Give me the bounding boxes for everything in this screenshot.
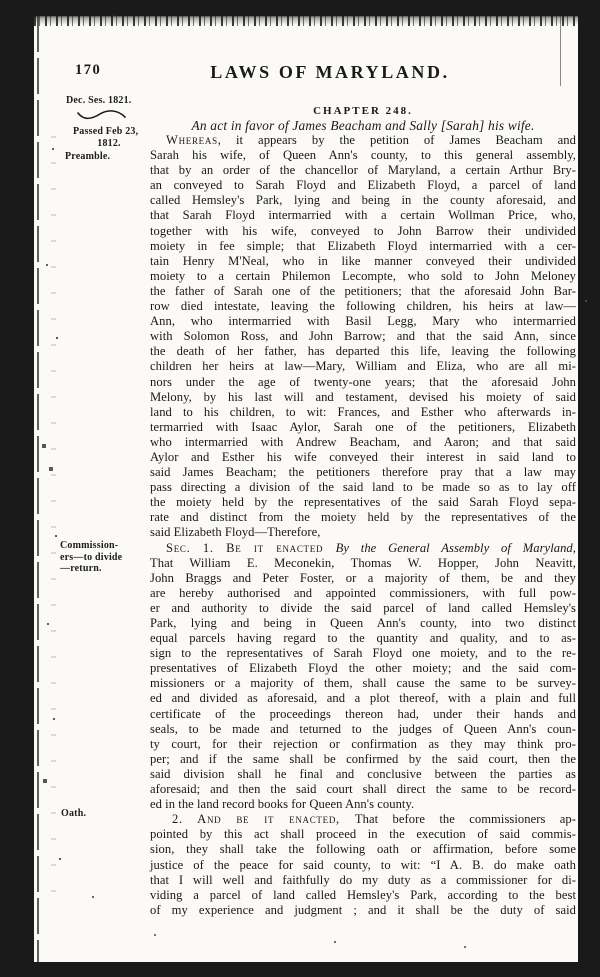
text-line: missioners or a majority of them, shall … — [150, 676, 576, 691]
scan-noise-border — [0, 0, 2, 2]
text-line: sign to the representatives of Sarah Flo… — [150, 646, 576, 661]
margin-note-line: Commission- — [60, 540, 156, 552]
margin-note-passed-year: 1812. — [73, 138, 145, 150]
binding-gutter-line — [37, 16, 39, 962]
text-line: Melony, by his last will and testament, … — [150, 390, 576, 405]
text-line: seals, to be made and teturned to the ju… — [150, 722, 576, 737]
body-text: Whereas, it appears by the petition of J… — [150, 133, 576, 918]
text-line: the death of her father, has departed th… — [150, 344, 576, 359]
text-line: children her heirs at law—Mary, William … — [150, 359, 576, 374]
text-line: certificate of the proceedings thereon h… — [150, 707, 576, 722]
text-line: an conveyed to Sarah Floyd and Elizabeth… — [150, 178, 576, 193]
text-line: together with his wife, conveyed to John… — [150, 224, 576, 239]
text-line: said James Beacham; the petitioners ther… — [150, 465, 576, 480]
margin-note-oath: Oath. — [61, 808, 86, 820]
text-line: the father of Sarah one of the petitione… — [150, 284, 576, 299]
text-line: said Elizabeth Floyd—Therefore, — [150, 525, 576, 540]
text-line: the moiety held by the representatives o… — [150, 495, 576, 510]
margin-note-session-date: Dec. Ses. 1821. — [66, 95, 132, 107]
text-line: who intermarried with Andrew Beacham, an… — [150, 435, 576, 450]
text-line: per; and if the same shall be confirmed … — [150, 752, 576, 767]
text-line: called Hemsley's Park, lying and being i… — [150, 193, 576, 208]
text-line: equal parcels having regard to the quant… — [150, 631, 576, 646]
text-line: moiety to a certain Philemon Lecompte, w… — [150, 269, 576, 284]
text-line: Sarah his wife, of Queen Ann's county, t… — [150, 148, 576, 163]
margin-note-commissioners: Commission- ers—to divide —return. — [60, 540, 156, 575]
act-title: An act in favor of James Beacham and Sal… — [144, 118, 582, 134]
text-line: Whereas, it appears by the petition of J… — [150, 133, 576, 148]
margin-note-line: —return. — [60, 563, 156, 575]
text-line: Aylor and Esther his wife conveyed their… — [150, 450, 576, 465]
text-line: aforesaid; and then the said court shall… — [150, 782, 576, 797]
text-line: tain Henry M'Neal, who in like manner co… — [150, 254, 576, 269]
text-line: That William E. Meconekin, Thomas W. Hop… — [150, 556, 576, 571]
text-line: 2. And be it enacted, That before the co… — [150, 812, 576, 827]
text-line: John Braggs and Peter Foster, or a major… — [150, 571, 576, 586]
scan-background: 170 LAWS OF MARYLAND. Dec. Ses. 1821. Pa… — [0, 0, 600, 977]
text-line: row died intestate, leaving the followin… — [150, 299, 576, 314]
running-header: LAWS OF MARYLAND. — [130, 62, 530, 83]
text-line: are hereby authorised and appointed comm… — [150, 586, 576, 601]
margin-note-preamble: Preamble. — [65, 151, 110, 163]
margin-note-passed-date: Passed Feb 23, — [73, 126, 138, 138]
text-line: rate and distinct from the moiety held b… — [150, 510, 576, 525]
margin-note-line: ers—to divide — [60, 552, 156, 564]
text-line: with Solomon Ross, and John Barrow; and … — [150, 329, 576, 344]
text-line: that I will well and faithfully do my du… — [150, 873, 576, 888]
text-line: presentatives of Elizabeth Floyd the oth… — [150, 661, 576, 676]
chapter-heading: CHAPTER 248. — [150, 105, 576, 117]
text-line: pointed by this act shall proceed in the… — [150, 827, 576, 842]
text-line: termarried with Isaac Aylor, Sarah one o… — [150, 420, 576, 435]
brace-squiggle-icon — [76, 109, 128, 121]
book-page: 170 LAWS OF MARYLAND. Dec. Ses. 1821. Pa… — [34, 16, 578, 962]
text-line: sion, they shall take the following oath… — [150, 842, 576, 857]
text-line: moiety in fee simple; that Elizabeth Flo… — [150, 239, 576, 254]
text-line: that Sarah Floyd intermarried with a cer… — [150, 208, 576, 223]
text-line: of my experience and judgment ; and it s… — [150, 903, 576, 918]
page-number: 170 — [75, 62, 101, 79]
text-line: pass directing a division of the said la… — [150, 480, 576, 495]
text-line: nors under the age of twenty-one years; … — [150, 375, 576, 390]
text-line: justice of the peace for said county, to… — [150, 858, 576, 873]
text-line: ty court, for their rejection or confirm… — [150, 737, 576, 752]
text-line: viding a parcel of land called Hemsley's… — [150, 888, 576, 903]
text-line: ed and divided as aforesaid, and a plot … — [150, 691, 576, 706]
text-line: that by an order of the chancellor of Ma… — [150, 163, 576, 178]
text-line: Sec. 1. Be it enacted By the General Ass… — [150, 541, 576, 556]
scan-noise-specks — [34, 16, 36, 18]
text-line: Ann, who intermarried with Basil Legg, M… — [150, 314, 576, 329]
text-line: land to his children, to wit: Frances, a… — [150, 405, 576, 420]
text-line: ed in the land record books for Queen An… — [150, 797, 576, 812]
text-line: said division shall he final and conclus… — [150, 767, 576, 782]
text-line: Park, lying and being in Queen Ann's cou… — [150, 616, 576, 631]
scan-noise-edge — [51, 136, 56, 896]
scan-hairline — [560, 16, 561, 86]
text-line: er and authority to divide the said parc… — [150, 601, 576, 616]
